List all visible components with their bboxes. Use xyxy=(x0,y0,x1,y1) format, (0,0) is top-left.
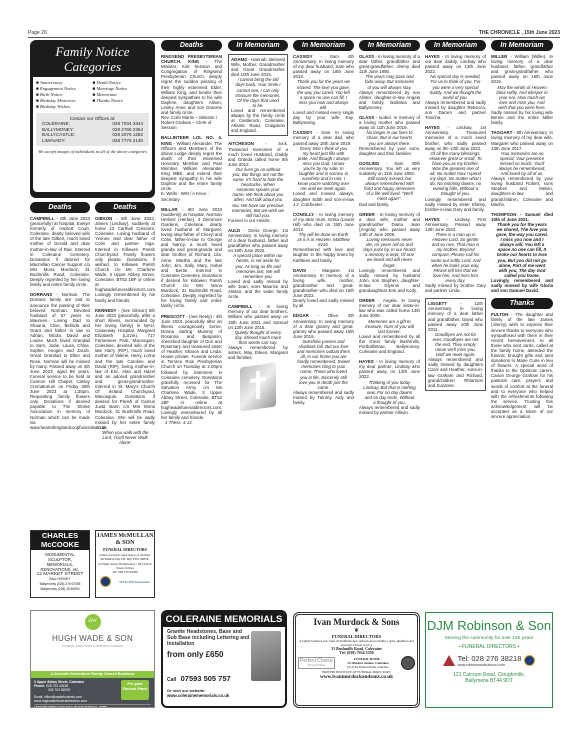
section-header-memoriam: In Memoriam xyxy=(425,40,486,51)
category-item: Birthday Wishes xyxy=(36,104,93,110)
nafd-logo-icon xyxy=(100,576,111,587)
notice-signature: Always remembered and sadly missed by da… xyxy=(428,357,483,388)
death-notice: KENNEDY - (nee Gibson) 5th June 2023 (pe… xyxy=(95,308,155,446)
notice-signature: Loved and remembered always by the famil… xyxy=(231,108,285,133)
ad-phone: Tel: 028 276 62266 xyxy=(96,570,154,574)
notice-signature: Rev. Colin Martin – Minister / Robert Gr… xyxy=(161,115,222,130)
section-header-deaths: Deaths xyxy=(95,202,155,213)
notice-verse: I cannot bring the old days back, Your s… xyxy=(231,77,285,108)
notice-verse: A special place within our hearts, Is se… xyxy=(228,253,288,278)
notice-verse: Thank you for the years we shared, The l… xyxy=(293,79,354,110)
headstone-icon xyxy=(251,631,281,681)
memoriam-notice: TAGGART - 6th Anniversary. In loving mem… xyxy=(491,130,553,206)
ad-djm-robinson: DJM Robinson & Son Serving the community… xyxy=(425,612,553,708)
ad-coleraine-memorials: COLERAINE MEMORIALS Granite Headstones, … xyxy=(161,610,287,708)
header-rule xyxy=(28,37,560,38)
notice-signature: Dad and family. xyxy=(359,202,420,207)
selected-independent-badge: SELECTED Independent xyxy=(119,580,150,584)
ad-plans: Pre Paid Funeral Plans available xyxy=(347,665,388,669)
notice-verse: Every time I think of you my heart just … xyxy=(293,146,354,192)
ad-footer: LIVESTREAMING AVAILABLE IN OUR FUNERAL H… xyxy=(34,704,151,708)
bifd-crest-icon xyxy=(401,656,415,670)
ad-website[interactable]: www.ivanmurdockandsons.co.uk xyxy=(298,674,415,681)
notice-signature: Always remembered and sadly missed by da… xyxy=(425,100,486,120)
notice-verse: Of all the many blessings, However great… xyxy=(425,151,486,197)
memoriam-notice: GREER - Angela. In loving memory of our … xyxy=(359,298,420,354)
notice-signature: Loved and sadly missed by wife Jean, son… xyxy=(228,279,288,299)
ad-title: & SON xyxy=(96,540,154,547)
memoriam-notice: CONOLLY - In loving memory of my dear mu… xyxy=(293,212,354,263)
memoriam-notice: GOSLING - Sam. 30th Anniversary. You lef… xyxy=(359,161,420,207)
death-notice: GIBSON - 5th June 2023, James (Lindsay),… xyxy=(95,216,155,303)
nafd-logo-icon xyxy=(524,655,535,666)
thanks-notice: FULTON - The daughter and family of the … xyxy=(491,312,553,419)
notice-text: - William (Willie). In loving memory of … xyxy=(491,54,553,84)
ad-title: McCOOKE xyxy=(31,541,89,550)
ad-ivan-murdock: Ivan Murdock & Sons ❦ FUNERAL DIRECTORS … xyxy=(293,612,420,708)
family-notice-categories: Family Notice Categories Anniversary Dea… xyxy=(30,40,155,198)
column-deaths-2: Deaths GIBSON - 5th June 2023, James (Li… xyxy=(95,202,155,450)
notice-text: - (nee Neely) - 4th June 2023, peacefull… xyxy=(161,314,222,421)
memoriam-notice: ADAMS - Hannah. Beloved Wife, Mother, Gr… xyxy=(228,54,288,136)
family-notice-title: Family Notice xyxy=(30,44,155,59)
notice-signature: Forever in our Hearts xyxy=(228,218,288,223)
office-name: LIMAVADY: xyxy=(42,138,66,143)
column-memoriam-2: In Memoriam CASSIDY - Sam. 4th Anniversa… xyxy=(293,40,354,410)
ad-hugh-wade: HW HUGH WADE & SON FUNERAL DIRECTORS & M… xyxy=(30,610,155,708)
category-item: Thanks Notice xyxy=(93,98,150,104)
ad-title: HUGH WADE & SON xyxy=(31,634,154,643)
death-notice: BALLINTEER LOL NO. 4. KING - William Ale… xyxy=(161,135,222,201)
page-number: Page 20 xyxy=(28,30,47,36)
notice-verse: 1 Thess. 4:13 xyxy=(161,420,222,425)
bible-cross-icon xyxy=(240,363,276,412)
ad-call-label: Call xyxy=(167,677,176,683)
notice-text: - William Alexander. The Officers and Me… xyxy=(161,141,222,192)
ad-supervision: Under personal supervision of Andrew McM… xyxy=(96,553,154,561)
ad-address: 22 High Street, Ballymoney / 58 Church S… xyxy=(96,562,154,570)
memoriam-notice: GLASS - Isobel. In memory of a loving mo… xyxy=(359,115,420,156)
office-phone: 028 7776 2130 xyxy=(112,138,143,143)
section-header-deaths: Deaths xyxy=(30,202,90,213)
notice-text: - 5th June 2023, James (Lindsay), sudden… xyxy=(95,216,156,303)
ad-james-mcmullan: JAMES McMULLAN & SON FUNERAL DIRECTORS U… xyxy=(95,530,155,598)
ad-website[interactable]: www.robinsonsofculcrum.com xyxy=(458,663,522,667)
memoriam-notice: LIGGETT - 12th Anniversary. In loving me… xyxy=(425,298,486,391)
memoriam-notice: CAMPBELL - In loving memory of our dear … xyxy=(228,304,288,360)
notice-signature: Remembered by your sons, daughter and th… xyxy=(359,146,420,156)
notice-verse: Thank you for the years we shared, The l… xyxy=(491,222,553,278)
notice-verse: Quietly thought of every day, Missed muc… xyxy=(228,330,288,345)
column-memoriam-1: In Memoriam ADAMS - Hannah. Beloved Wife… xyxy=(228,40,288,409)
ad-title: Ivan Murdock & Sons xyxy=(298,617,415,628)
notice-verse: Memories are a gift to treasure, Ours of… xyxy=(359,319,420,334)
notice-signature: Lovingly remembered and sadly missed by … xyxy=(359,268,420,293)
notice-signature: Always remembered by your loving husband… xyxy=(491,176,553,207)
notice-verse: Still sorely missed, but always remember… xyxy=(359,176,420,201)
memoriam-notice: HAYES - In loving memory of my dear part… xyxy=(359,359,420,415)
ad-body: Granite Headstones, Base and Sub Base in… xyxy=(167,629,253,648)
ad-phone-label: Phone: xyxy=(34,684,45,688)
memoriam-notice: THOMPSON - Samuel died 10th of June 2021… xyxy=(491,212,553,294)
section-header-memoriam: In Memoriam xyxy=(293,40,354,51)
ad-phone: Tel: 028 276 38218 xyxy=(458,654,522,663)
section-header-thanks: Thanks xyxy=(491,298,553,309)
notice-signature: Lovingly remembered and sadly missed by … xyxy=(491,278,553,293)
notice-verse: Our lives go on without you, But things … xyxy=(228,167,288,218)
notice-text: - 8th June 2023 (peacefully) at hospital… xyxy=(30,216,90,287)
notice-text: - Margaret. 1st Anniversary. In memory o… xyxy=(293,268,354,298)
notice-verse: 'When you walk with the Lord, You'll Nev… xyxy=(95,430,155,445)
column-memoriam-4: In Memoriam HAYES - In loving memory of … xyxy=(425,40,486,396)
ad-subtitle: FUNERAL DIRECTORS & MEMORIAL MAKERS xyxy=(31,644,154,648)
memoriam-notice: AITCHESON - Jock. Treasured memories of … xyxy=(228,141,288,223)
notice-verse: The years may pass and fade away, But me… xyxy=(359,74,420,89)
notice-verse: There is a man up in Heaven Lord, So gen… xyxy=(425,232,486,283)
notice-verse: May the winds of Heaven blow softly, And… xyxy=(491,85,553,110)
ad-title: COLERAINE MEMORIALS xyxy=(163,612,285,627)
ad-subtitle: • FUNERAL DIRECTORS • xyxy=(426,644,552,650)
notice-verse: No longer in our lives to share, But in … xyxy=(359,130,420,145)
ad-website[interactable]: www.colerainememorials.co.uk xyxy=(167,693,281,698)
column-deaths-1: Deaths CAMPBELL - 8th June 2023 (peacefu… xyxy=(30,202,90,435)
notice-signature: Loved and missed always, daughter Edith … xyxy=(293,191,354,206)
notice-signature: Lovingly remembered and sadly missed by … xyxy=(425,197,486,212)
section-header-memoriam: In Memoriam xyxy=(359,40,420,51)
notice-text: - 12th Anniversary. In loving memory of … xyxy=(428,301,483,331)
notice-signature: Sadly missed by brother Gary and partner… xyxy=(425,283,486,293)
memoriam-notice: HAYES - In loving memory of our dear dad… xyxy=(425,54,486,120)
category-list: Anniversary Death Notice Engagement Noti… xyxy=(36,80,149,110)
column-deaths-3: Deaths RINGSEND PRESBYTERIAN CHURCH. KIN… xyxy=(161,40,222,431)
notice-text: - 6th June 2023 (suddenly) at hospital, … xyxy=(161,207,222,309)
notice-verse: Thy will be done on Earth as it is in He… xyxy=(293,232,354,247)
ad-address: Ballymena BT44 9DT xyxy=(426,678,552,684)
memoriam-notice: HAYES - Lindsay. First Anniversary. Pass… xyxy=(425,217,486,293)
notice-signature: Always remembered by son Alister, daught… xyxy=(359,90,420,110)
notice-signature: K. Wells - WM / A Knox - Secretary xyxy=(161,191,222,201)
ad-charles-mccooke: CHARLES McCOOKE MONUMENTAL SCULPTOR, MEM… xyxy=(30,530,90,598)
ad-phone: Ballymoney (028) 25 60800 xyxy=(31,587,89,592)
death-notice: DORRANS - Norman. The Dorrans family are… xyxy=(30,292,90,430)
notice-text: - The daughter and family of the late Ja… xyxy=(491,312,553,419)
notice-verse: Loving memories never die, As years roll… xyxy=(359,237,420,268)
death-notice: RINGSEND PRESBYTERIAN CHURCH. KING - The… xyxy=(161,54,222,130)
death-notice: MILLAR - 6th June 2023 (suddenly) at hos… xyxy=(161,207,222,309)
notice-signature: Remembered with love and laughter in the… xyxy=(293,247,354,262)
memoriam-notice: MILLER - William (Willie). In loving mem… xyxy=(491,54,553,125)
memoriam-notice: AULD - Denis George. 1st Anniversary. In… xyxy=(228,228,288,299)
ad-title: JAMES McMULLAN xyxy=(96,533,154,540)
memoriam-notice: GLASS - In loving memory of a dear fathe… xyxy=(359,54,420,110)
section-header-memoriam: In Memoriam xyxy=(491,40,553,51)
ad-title: DJM Robinson & Son xyxy=(426,617,552,634)
memoriam-notice: CASSIDY - Sam. 4th Anniversary. In lovin… xyxy=(293,54,354,125)
column-memoriam-3: In Memoriam GLASS - In loving memory of … xyxy=(359,40,420,420)
notice-verse: Goodbyes are not for ever, Goodbyes are … xyxy=(428,332,483,357)
notice-signature: Always remembered and sadly missed by pa… xyxy=(359,405,420,415)
memoriam-notice: EDGAR - Olive. 4th Anniversary. In lovin… xyxy=(293,313,354,405)
section-header-deaths: Deaths xyxy=(161,40,222,51)
notice-signature: Always remembered by sisters, May, Eilee… xyxy=(228,345,288,360)
death-notice: PRESCOTT - (nee Neely) - 4th June 2023, … xyxy=(161,314,222,426)
notice-signature: Sadly missed by his loving wife Bernie a… xyxy=(491,110,553,125)
memoriam-notice: CASSIDY - Sam. In loving memory of a dea… xyxy=(293,130,354,206)
notice-text: - (nee Gibson) 5th June 2023 (peacefully… xyxy=(95,308,155,430)
column-memoriam-5: In Memoriam MILLER - William (Willie). I… xyxy=(491,40,553,424)
memoriam-notice: DAVIS - Margaret. 1st Anniversary. In me… xyxy=(293,268,354,309)
triangle-logo-icon xyxy=(443,655,455,666)
notice-verse: Thinking of you today Lindsay, But that … xyxy=(359,380,420,405)
prepaid-plans-badge: Pre-paid Funeral Plans xyxy=(121,680,149,700)
ad-tagline: Serving the community for over 150 years xyxy=(426,636,552,641)
ad-phone: 07593 505 757 xyxy=(181,674,231,683)
hw-logo: HW xyxy=(85,614,101,630)
death-notice: CAMPBELL - 8th June 2023 (peacefully) at… xyxy=(30,216,90,287)
ad-banner: A Seventh Generation Family Owned Busine… xyxy=(31,671,154,678)
notice-signature: Loved and missed every single day by you… xyxy=(293,110,354,125)
ad-phone: Tel: (028) 7034 3350 xyxy=(298,651,415,655)
accept-images-note: We accept images of individuals in all o… xyxy=(36,149,149,154)
contact-offices: Contact our Offices at: COLERAINE:028 70… xyxy=(36,113,149,146)
family-notice-subtitle: Categories xyxy=(30,59,155,74)
section-header-memoriam: In Memoriam xyxy=(228,40,288,51)
notice-signature: Dearly loved and sadly missed by all. xyxy=(293,298,354,308)
notice-verse: Your memories are so special, Your prese… xyxy=(491,151,553,176)
ad-subtitle: FUNERAL DIRECTORS xyxy=(96,548,154,552)
notice-verse: No special day is needed, For us to thin… xyxy=(425,74,486,99)
notice-signature: Always remembered and sadly missed by Ta… xyxy=(293,390,354,405)
notice-text: - The Minister, Kirk Session and Congreg… xyxy=(161,59,222,115)
masthead: THE CHRONICLE , 15th June 2023 xyxy=(479,30,560,36)
memoriam-notice: HAYES - Lindsay. 1st Anniversary. Treasu… xyxy=(425,125,486,212)
notice-verse: Sunshine passes and shadows fall, But ou… xyxy=(293,339,354,390)
memoriam-notice: GREER - In loving memory of a dear wife,… xyxy=(359,212,420,294)
notice-signature: Loved and remembered by all the Greer fa… xyxy=(359,334,420,354)
